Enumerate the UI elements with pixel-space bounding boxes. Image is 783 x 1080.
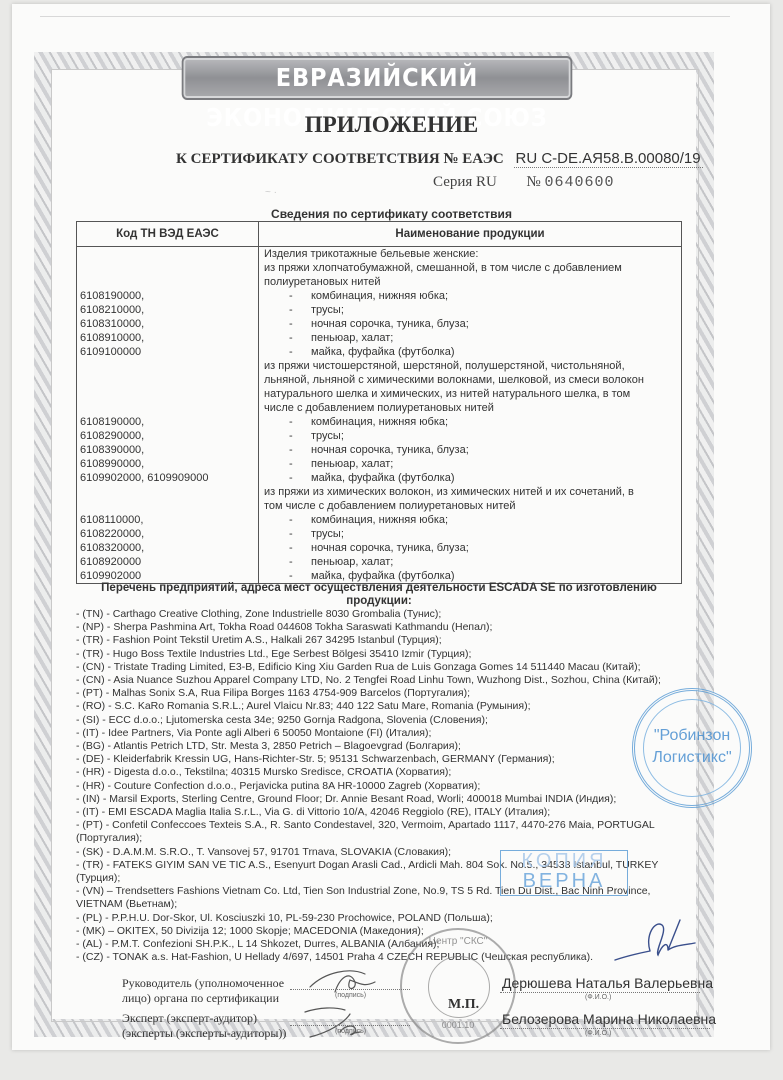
list-item: - (IT) - Idee Partners, Via Ponte agli A… (76, 727, 696, 740)
list-item: - (IT) - EMI ESCADA Maglia Italia S.r.L.… (76, 806, 696, 819)
list-item: - (TR) - Fashion Point Tekstil Uretim A.… (76, 634, 696, 647)
hs-code: 6109100000 (80, 345, 258, 359)
head-name-line (500, 991, 700, 993)
hs-code: 6108990000, (80, 457, 258, 471)
series-value: RU (476, 174, 497, 190)
hs-code: 6108190000, (80, 289, 258, 303)
list-item: - (MK) – OKITEX, 50 Divizija 12; 1000 Sk… (76, 925, 696, 938)
list-item: - (CN) - Asia Nuance Suzhou Apparel Comp… (76, 674, 696, 687)
name-caption: (Ф.И.О.) (585, 1030, 611, 1037)
series-label: Серия (433, 174, 472, 190)
product-item: -пеньюар, халат; (264, 457, 681, 471)
list-item: - (AL) - P.M.T. Confezioni SH.P.K., L 14… (76, 938, 696, 951)
hs-code: 6109902000, 6109909000 (80, 471, 258, 485)
signature-caption: (подпись) (335, 1028, 366, 1035)
page-title: ПРИЛОЖЕНИЕ (0, 112, 783, 138)
hs-code: 6108390000, (80, 443, 258, 457)
list-item: - (BG) - Atlantis Petrich LTD, Str. Mest… (76, 740, 696, 753)
product-item: -трусы; (264, 527, 681, 541)
material-text: из пряжи из химических волокон, из химич… (264, 485, 681, 499)
table-row: 6108190000, 6108210000, 6108310000, 6108… (77, 247, 682, 360)
hs-code: 6108190000, (80, 415, 258, 429)
material-text: льняной, льняной с химическими волокнами… (264, 373, 681, 387)
list-item: - (PT) - Confetil Confeccoes Texteis S.A… (76, 819, 696, 832)
hs-code: 6108110000, (80, 513, 258, 527)
product-intro: Изделия трикотажные бельевые женские: (264, 247, 681, 261)
expert-label: Эксперт (эксперт-аудитор) (эксперты (экс… (122, 1011, 286, 1041)
products-heading: Сведения по сертификату соответствия (0, 207, 783, 221)
material-text: из пряжи чистошерстяной, шерстяной, полу… (264, 359, 681, 373)
hs-code: 6108220000, (80, 527, 258, 541)
stamp-place-label: М.П. (448, 997, 479, 1013)
signature-caption: (подпись) (335, 992, 366, 999)
product-item: -ночная сорочка, туника, блуза; (264, 541, 681, 555)
product-item: -майка, фуфайка (футболка) (264, 471, 681, 485)
list-item: - (IN) - Marsil Exports, Sterling Centre… (76, 793, 696, 806)
certificate-prefix: К СЕРТИФИКАТУ СООТВЕТСТВИЯ № ЕАЭС (176, 151, 504, 167)
list-item: (Португалия); (76, 832, 696, 845)
table-row: 6108110000, 6108220000, 6108320000, 6108… (77, 485, 682, 584)
signature-top-right-icon (610, 915, 700, 975)
form-number: 0640600 (544, 174, 614, 191)
hs-codes-cell: 6108190000, 6108290000, 6108390000, 6108… (77, 359, 259, 485)
product-item: -комбинация, нижняя юбка; (264, 415, 681, 429)
hs-code: 6108320000, (80, 541, 258, 555)
product-item: -трусы; (264, 303, 681, 317)
product-description-cell: из пряжи чистошерстяной, шерстяной, полу… (259, 359, 682, 485)
hs-codes-cell: 6108110000, 6108220000, 6108320000, 6108… (77, 485, 259, 584)
product-item: -комбинация, нижняя юбка; (264, 513, 681, 527)
expert-name-line (500, 1027, 710, 1029)
material-text: из пряжи хлопчатобумажной, смешанной, в … (264, 261, 681, 275)
product-description-cell: из пряжи из химических волокон, из химич… (259, 485, 682, 584)
eaeu-banner: ЕВРАЗИЙСКИЙ ЭКОНОМИЧЕСКИЙ СОЮЗ (182, 56, 573, 100)
head-label: Руководитель (уполномоченное лицо) орган… (122, 976, 284, 1006)
hs-code: 6108310000, (80, 317, 258, 331)
column-header-name: Наименование продукции (259, 222, 682, 247)
hs-code: 6108910000, (80, 331, 258, 345)
list-item: - (DE) - Kleiderfabrik Kressin UG, Hans-… (76, 753, 696, 766)
head-name: Дерюшева Наталья Валерьевна (502, 975, 713, 991)
list-item: - (CN) - Tristate Trading Limited, E3-B,… (76, 661, 696, 674)
table-row: 6108190000, 6108290000, 6108390000, 6108… (77, 359, 682, 485)
stamp-ring (643, 699, 741, 797)
product-item: -майка, фуфайка (футболка) (264, 569, 681, 583)
material-text: полиуретановых нитей (264, 275, 681, 289)
scan-artifact: ~ · (265, 187, 277, 198)
list-item: - (TR) - Hugo Boss Textile Industries Lt… (76, 648, 696, 661)
list-item: - (SI) - ECC d.o.o.; Ljutomerska cesta 3… (76, 714, 696, 727)
material-text: том числе с добавлением полиуретановых н… (264, 499, 681, 513)
table-header-row: Код ТН ВЭД ЕАЭС Наименование продукции (77, 222, 682, 247)
list-item: - (CZ) - TONAK a.s. Hat-Fashion, U Hella… (76, 951, 696, 964)
companies-list: - (TN) - Carthago Creative Clothing, Zon… (76, 608, 696, 964)
product-item: -комбинация, нижняя юбка; (264, 289, 681, 303)
product-item: -ночная сорочка, туника, блуза; (264, 317, 681, 331)
list-item: - (RO) - S.C. KaRo Romania S.R.L.; Aurel… (76, 700, 696, 713)
list-item: - (PL) - P.P.H.U. Dor-Skor, Ul. Kosciusz… (76, 912, 696, 925)
true-copy-stamp: КОПИЯ ВЕРНА (500, 850, 628, 896)
list-item: - (HR) - Digesta d.o.o., Tekstilna; 4031… (76, 766, 696, 779)
column-header-code: Код ТН ВЭД ЕАЭС (77, 222, 259, 247)
product-item: -ночная сорочка, туника, блуза; (264, 443, 681, 457)
series-line: Серия RU № 0640600 (433, 174, 614, 191)
expert-signature-line (290, 1024, 410, 1026)
certification-body-stamp: Центр "СКС" 0001.10 (400, 928, 516, 1044)
hs-codes-cell: 6108190000, 6108210000, 6108310000, 6108… (77, 247, 259, 360)
signature-expert-icon (300, 1002, 375, 1042)
hs-code: 6108920000 (80, 555, 258, 569)
head-signature-line (290, 988, 410, 990)
product-item: -майка, фуфайка (футболка) (264, 345, 681, 359)
list-item: - (PT) - Malhas Sonix S.A, Rua Filipa Bo… (76, 687, 696, 700)
list-item: - (TN) - Carthago Creative Clothing, Zon… (76, 608, 696, 621)
hs-code: 6109902000 (80, 569, 258, 583)
product-item: -трусы; (264, 429, 681, 443)
hs-code: 6108290000, (80, 429, 258, 443)
expert-name: Белозерова Марина Николаевна (502, 1011, 716, 1027)
companies-heading: Перечень предприятий, адреса мест осущес… (76, 582, 682, 608)
product-description-cell: Изделия трикотажные бельевые женские: из… (259, 247, 682, 360)
number-label: № (526, 174, 540, 190)
list-item: VIETNAM (Вьетнам); (76, 898, 696, 911)
product-item: -пеньюар, халат; (264, 555, 681, 569)
list-item: - (NP) - Sherpa Pashmina Art, Tokha Road… (76, 621, 696, 634)
material-text: натурального шелка и химических, из ните… (264, 387, 681, 401)
material-text: числе с добавлением полиуретановых нитей (264, 401, 681, 415)
name-caption: (Ф.И.О.) (585, 994, 611, 1001)
certificate-number: RU C-DE.АЯ58.В.00080/19 (514, 150, 703, 168)
products-table: Код ТН ВЭД ЕАЭС Наименование продукции 6… (76, 221, 682, 584)
product-item: -пеньюар, халат; (264, 331, 681, 345)
list-item: - (HR) - Couture Confection d.o.o., Perj… (76, 780, 696, 793)
hs-code: 6108210000, (80, 303, 258, 317)
certificate-reference: К СЕРТИФИКАТУ СООТВЕТСТВИЯ № ЕАЭС RU C-D… (176, 150, 703, 168)
company-stamp: "Робинзон Логистикс" (632, 688, 752, 808)
divider (40, 16, 730, 17)
